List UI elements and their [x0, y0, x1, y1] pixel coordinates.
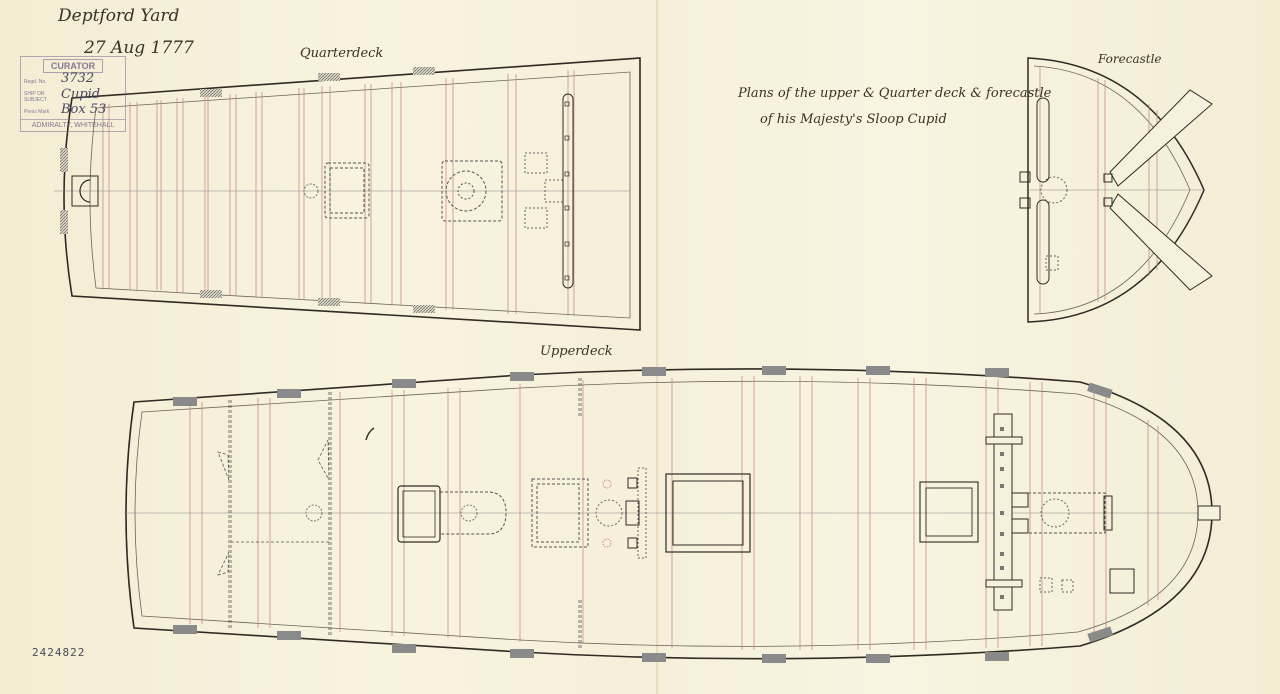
- yard-inscription: Deptford Yard: [58, 6, 179, 26]
- curator-stamp: CURATOR Regd. No. 3732 SHIP OR SUBJECT C…: [20, 56, 126, 132]
- forecastle-label: Forecastle: [1098, 52, 1162, 66]
- stamp-footer: ADMIRALTY, WHITEHALL: [21, 119, 125, 129]
- stamp-press-value: Box 53: [61, 102, 106, 117]
- plan-title-line-1: Plans of the upper & Quarter deck & fore…: [738, 86, 1051, 101]
- stamp-subject-value: Cupid: [61, 87, 100, 102]
- upperdeck-label: Upperdeck: [540, 344, 613, 359]
- quarterdeck-plan: [54, 58, 640, 330]
- upperdeck-plan: [124, 366, 1220, 663]
- stamp-regd-label: Regd. No.: [24, 79, 47, 85]
- catalog-number: 2424822: [32, 646, 85, 659]
- stamp-regd-value: 3732: [61, 71, 94, 86]
- plan-title-line-2: of his Majesty's Sloop Cupid: [760, 112, 947, 127]
- stamp-subject-label: SHIP OR SUBJECT: [24, 91, 54, 103]
- date-inscription: 27 Aug 1777: [84, 38, 194, 58]
- stamp-press-label: Press Mark: [24, 109, 49, 115]
- quarterdeck-label: Quarterdeck: [300, 46, 383, 61]
- ship-plans-drawing: [0, 0, 1280, 694]
